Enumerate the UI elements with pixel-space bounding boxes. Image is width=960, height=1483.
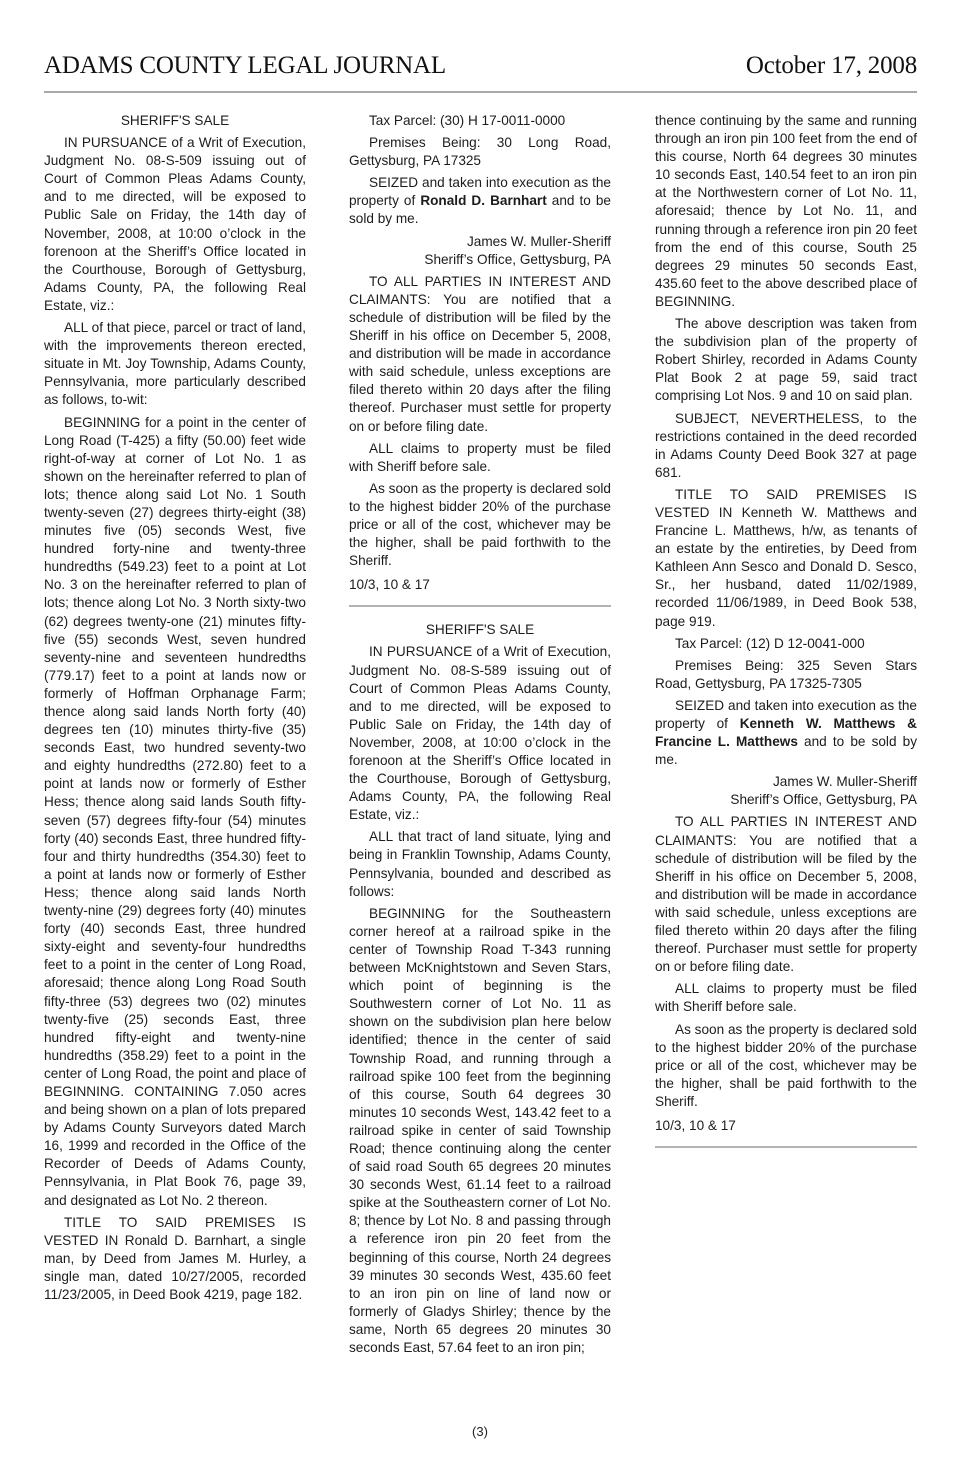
notice-1-legal-description: BEGINNING for a point in the center of L… [44,414,306,1210]
notice-2-payment-notice: As soon as the property is declared sold… [655,1021,917,1111]
notice-divider [349,605,611,607]
notice-2-subject-to: SUBJECT, NEVERTHELESS, to the restrictio… [655,410,917,482]
notice-1-claims-notice: ALL claims to property must be filed wit… [349,440,611,476]
column-3: thence continuing by the same and runnin… [655,112,917,1162]
notice-2-signature: James W. Muller-Sheriff Sheriff’s Office… [655,773,917,809]
notice-2-premises: Premises Being: 325 Seven Stars Road, Ge… [655,657,917,693]
notice-1-heading: SHERIFF'S SALE [44,112,306,130]
notice-2-parties-notice: TO ALL PARTIES IN INTEREST AND CLAIMANTS… [655,813,917,976]
signature-name: James W. Muller-Sheriff [655,773,917,791]
notice-2-run-dates: 10/3, 10 & 17 [655,1117,917,1135]
column-2: Tax Parcel: (30) H 17-0011-0000 Premises… [349,112,611,1361]
notice-1-seized: SEIZED and taken into execution as the p… [349,174,611,228]
issue-date: October 17, 2008 [746,52,917,80]
notice-1-pursuance: IN PURSUANCE of a Writ of Execution, Jud… [44,134,306,315]
notice-2-legal-description-part2: thence continuing by the same and runnin… [655,112,917,311]
notice-2-all-tract: ALL that tract of land situate, lying an… [349,828,611,900]
notice-1-premises: Premises Being: 30 Long Road, Gettysburg… [349,134,611,170]
masthead-divider [44,91,917,93]
notice-1-title-vested: TITLE TO SAID PREMISES IS VESTED IN Rona… [44,1214,306,1304]
masthead: ADAMS COUNTY LEGAL JOURNAL October 17, 2… [44,52,917,84]
notice-1-run-dates: 10/3, 10 & 17 [349,576,611,594]
notice-1-parties-notice: TO ALL PARTIES IN INTEREST AND CLAIMANTS… [349,273,611,436]
notice-divider [655,1146,917,1148]
signature-office: Sheriff’s Office, Gettysburg, PA [655,791,917,809]
notice-1-payment-notice: As soon as the property is declared sold… [349,480,611,570]
seized-owner: Ronald D. Barnhart [420,193,546,208]
publication-title: ADAMS COUNTY LEGAL JOURNAL [44,52,446,80]
notice-2-description-source: The above description was taken from the… [655,315,917,405]
notice-2-pursuance: IN PURSUANCE of a Writ of Execution, Jud… [349,643,611,824]
notice-2-heading: SHERIFF'S SALE [349,621,611,639]
column-1: SHERIFF'S SALE IN PURSUANCE of a Writ of… [44,112,306,1308]
notice-2-tax-parcel: Tax Parcel: (12) D 12-0041-000 [655,635,917,653]
signature-office: Sheriff’s Office, Gettysburg, PA [349,251,611,269]
notice-2-title-vested: TITLE TO SAID PREMISES IS VESTED IN Kenn… [655,486,917,631]
notice-1-signature: James W. Muller-Sheriff Sheriff’s Office… [349,233,611,269]
page-number: (3) [0,1424,960,1439]
notice-2-legal-description-part1: BEGINNING for the Southeastern corner he… [349,905,611,1357]
signature-name: James W. Muller-Sheriff [349,233,611,251]
notice-1-all-tract: ALL of that piece, parcel or tract of la… [44,319,306,409]
notice-2-seized: SEIZED and taken into execution as the p… [655,697,917,769]
notice-1-tax-parcel: Tax Parcel: (30) H 17-0011-0000 [349,112,611,130]
notice-2-claims-notice: ALL claims to property must be filed wit… [655,980,917,1016]
